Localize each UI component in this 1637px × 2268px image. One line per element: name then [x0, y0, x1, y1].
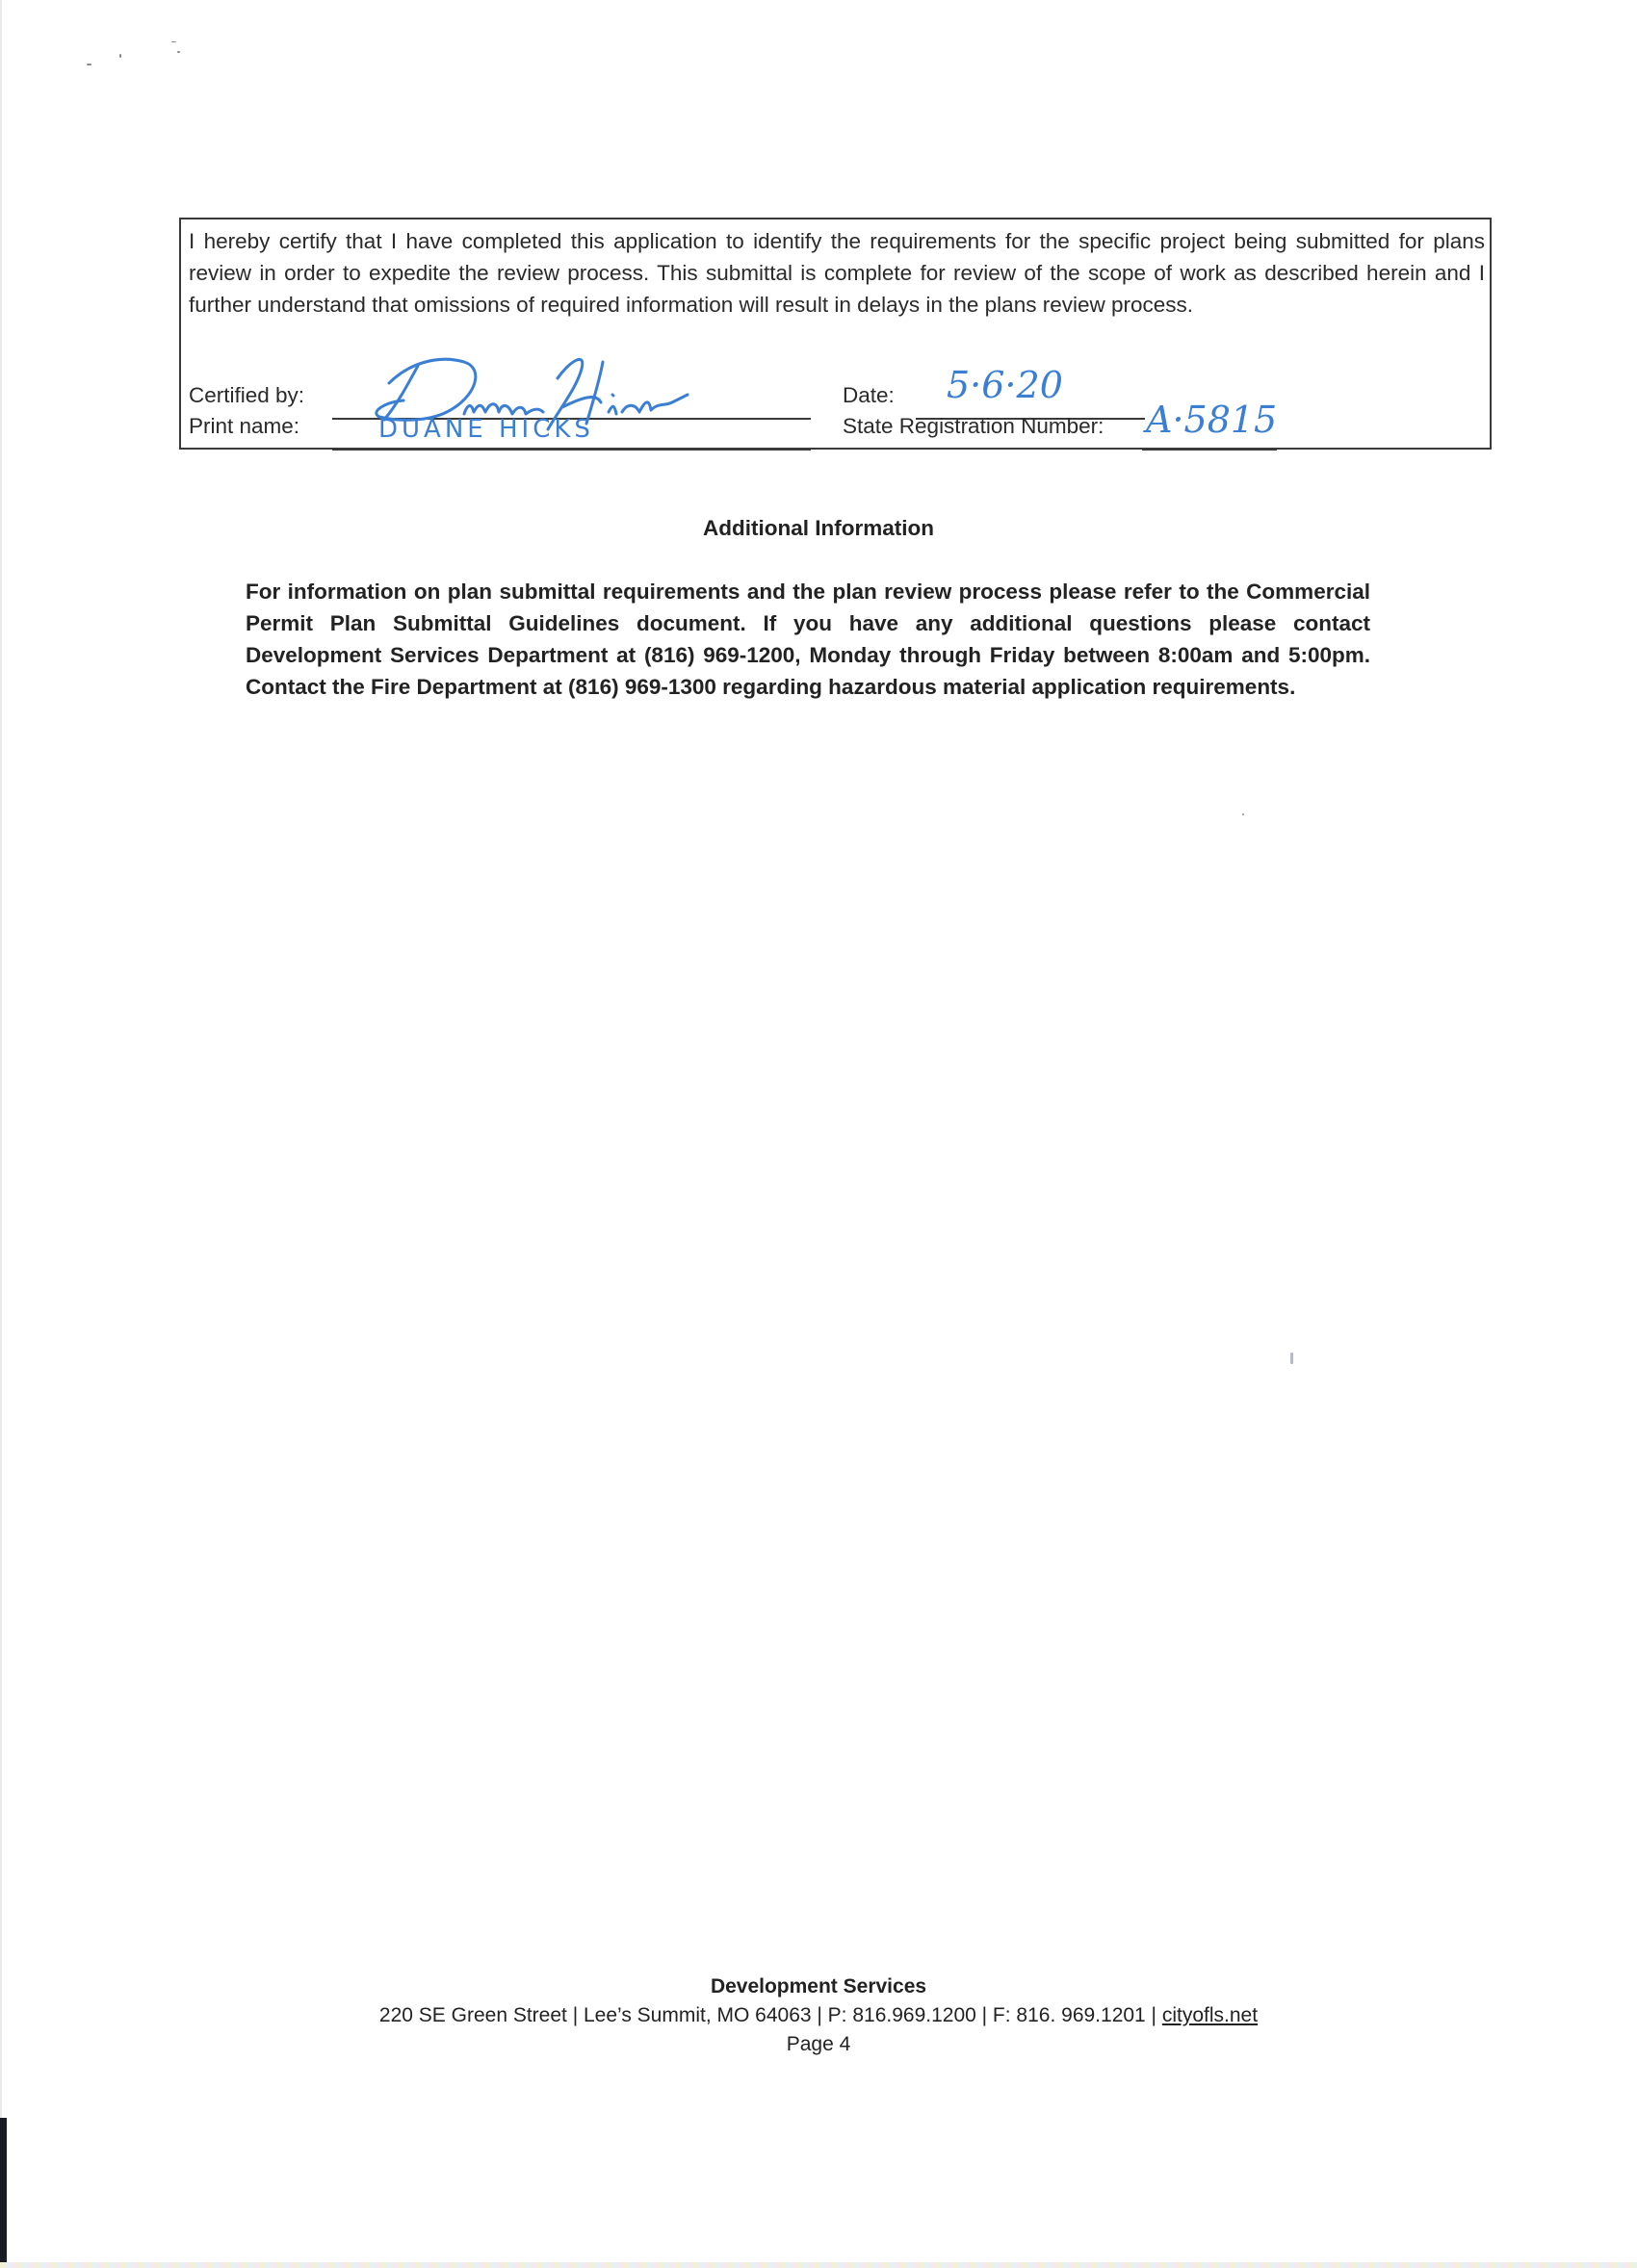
- print-name-label: Print name:: [189, 414, 299, 439]
- print-name-row: Print name:: [189, 414, 299, 439]
- scan-speck: [1242, 813, 1244, 815]
- page-number: Page 4: [0, 2030, 1637, 2059]
- date-label: Date:: [843, 383, 895, 408]
- footer-address: 220 SE Green Street | Lee’s Summit, MO 6…: [379, 2004, 1162, 2026]
- scan-edge-dark: [0, 2118, 7, 2268]
- registration-label: State Registration Number:: [843, 414, 1104, 439]
- print-name-value: DUANE HICKS: [378, 415, 594, 444]
- scan-bottom-noise: [0, 2262, 1637, 2268]
- date-value: 5·6·20: [947, 364, 1063, 406]
- certified-by-row: Certified by:: [189, 383, 304, 408]
- scan-speck: [171, 41, 176, 42]
- scan-speck: [87, 64, 91, 65]
- certification-box: I hereby certify that I have completed t…: [179, 218, 1492, 450]
- certified-by-label: Certified by:: [189, 383, 304, 408]
- additional-info-title: Additional Information: [0, 516, 1637, 541]
- date-row: Date:: [843, 383, 895, 408]
- footer-contact-line: 220 SE Green Street | Lee’s Summit, MO 6…: [0, 2001, 1637, 2030]
- certification-statement: I hereby certify that I have completed t…: [189, 225, 1485, 321]
- scan-speck: [177, 51, 180, 53]
- scan-speck: [119, 54, 121, 58]
- additional-info-paragraph: For information on plan submittal requir…: [246, 576, 1370, 703]
- scan-edge: [0, 0, 2, 2118]
- registration-value: A·5815: [1146, 399, 1277, 441]
- footer-website-link[interactable]: cityofls.net: [1162, 2004, 1258, 2026]
- footer-department: Development Services: [0, 1972, 1637, 2001]
- page-footer: Development Services 220 SE Green Street…: [0, 1972, 1637, 2059]
- registration-row: State Registration Number:: [843, 414, 1104, 439]
- scan-speck: [1290, 1353, 1293, 1364]
